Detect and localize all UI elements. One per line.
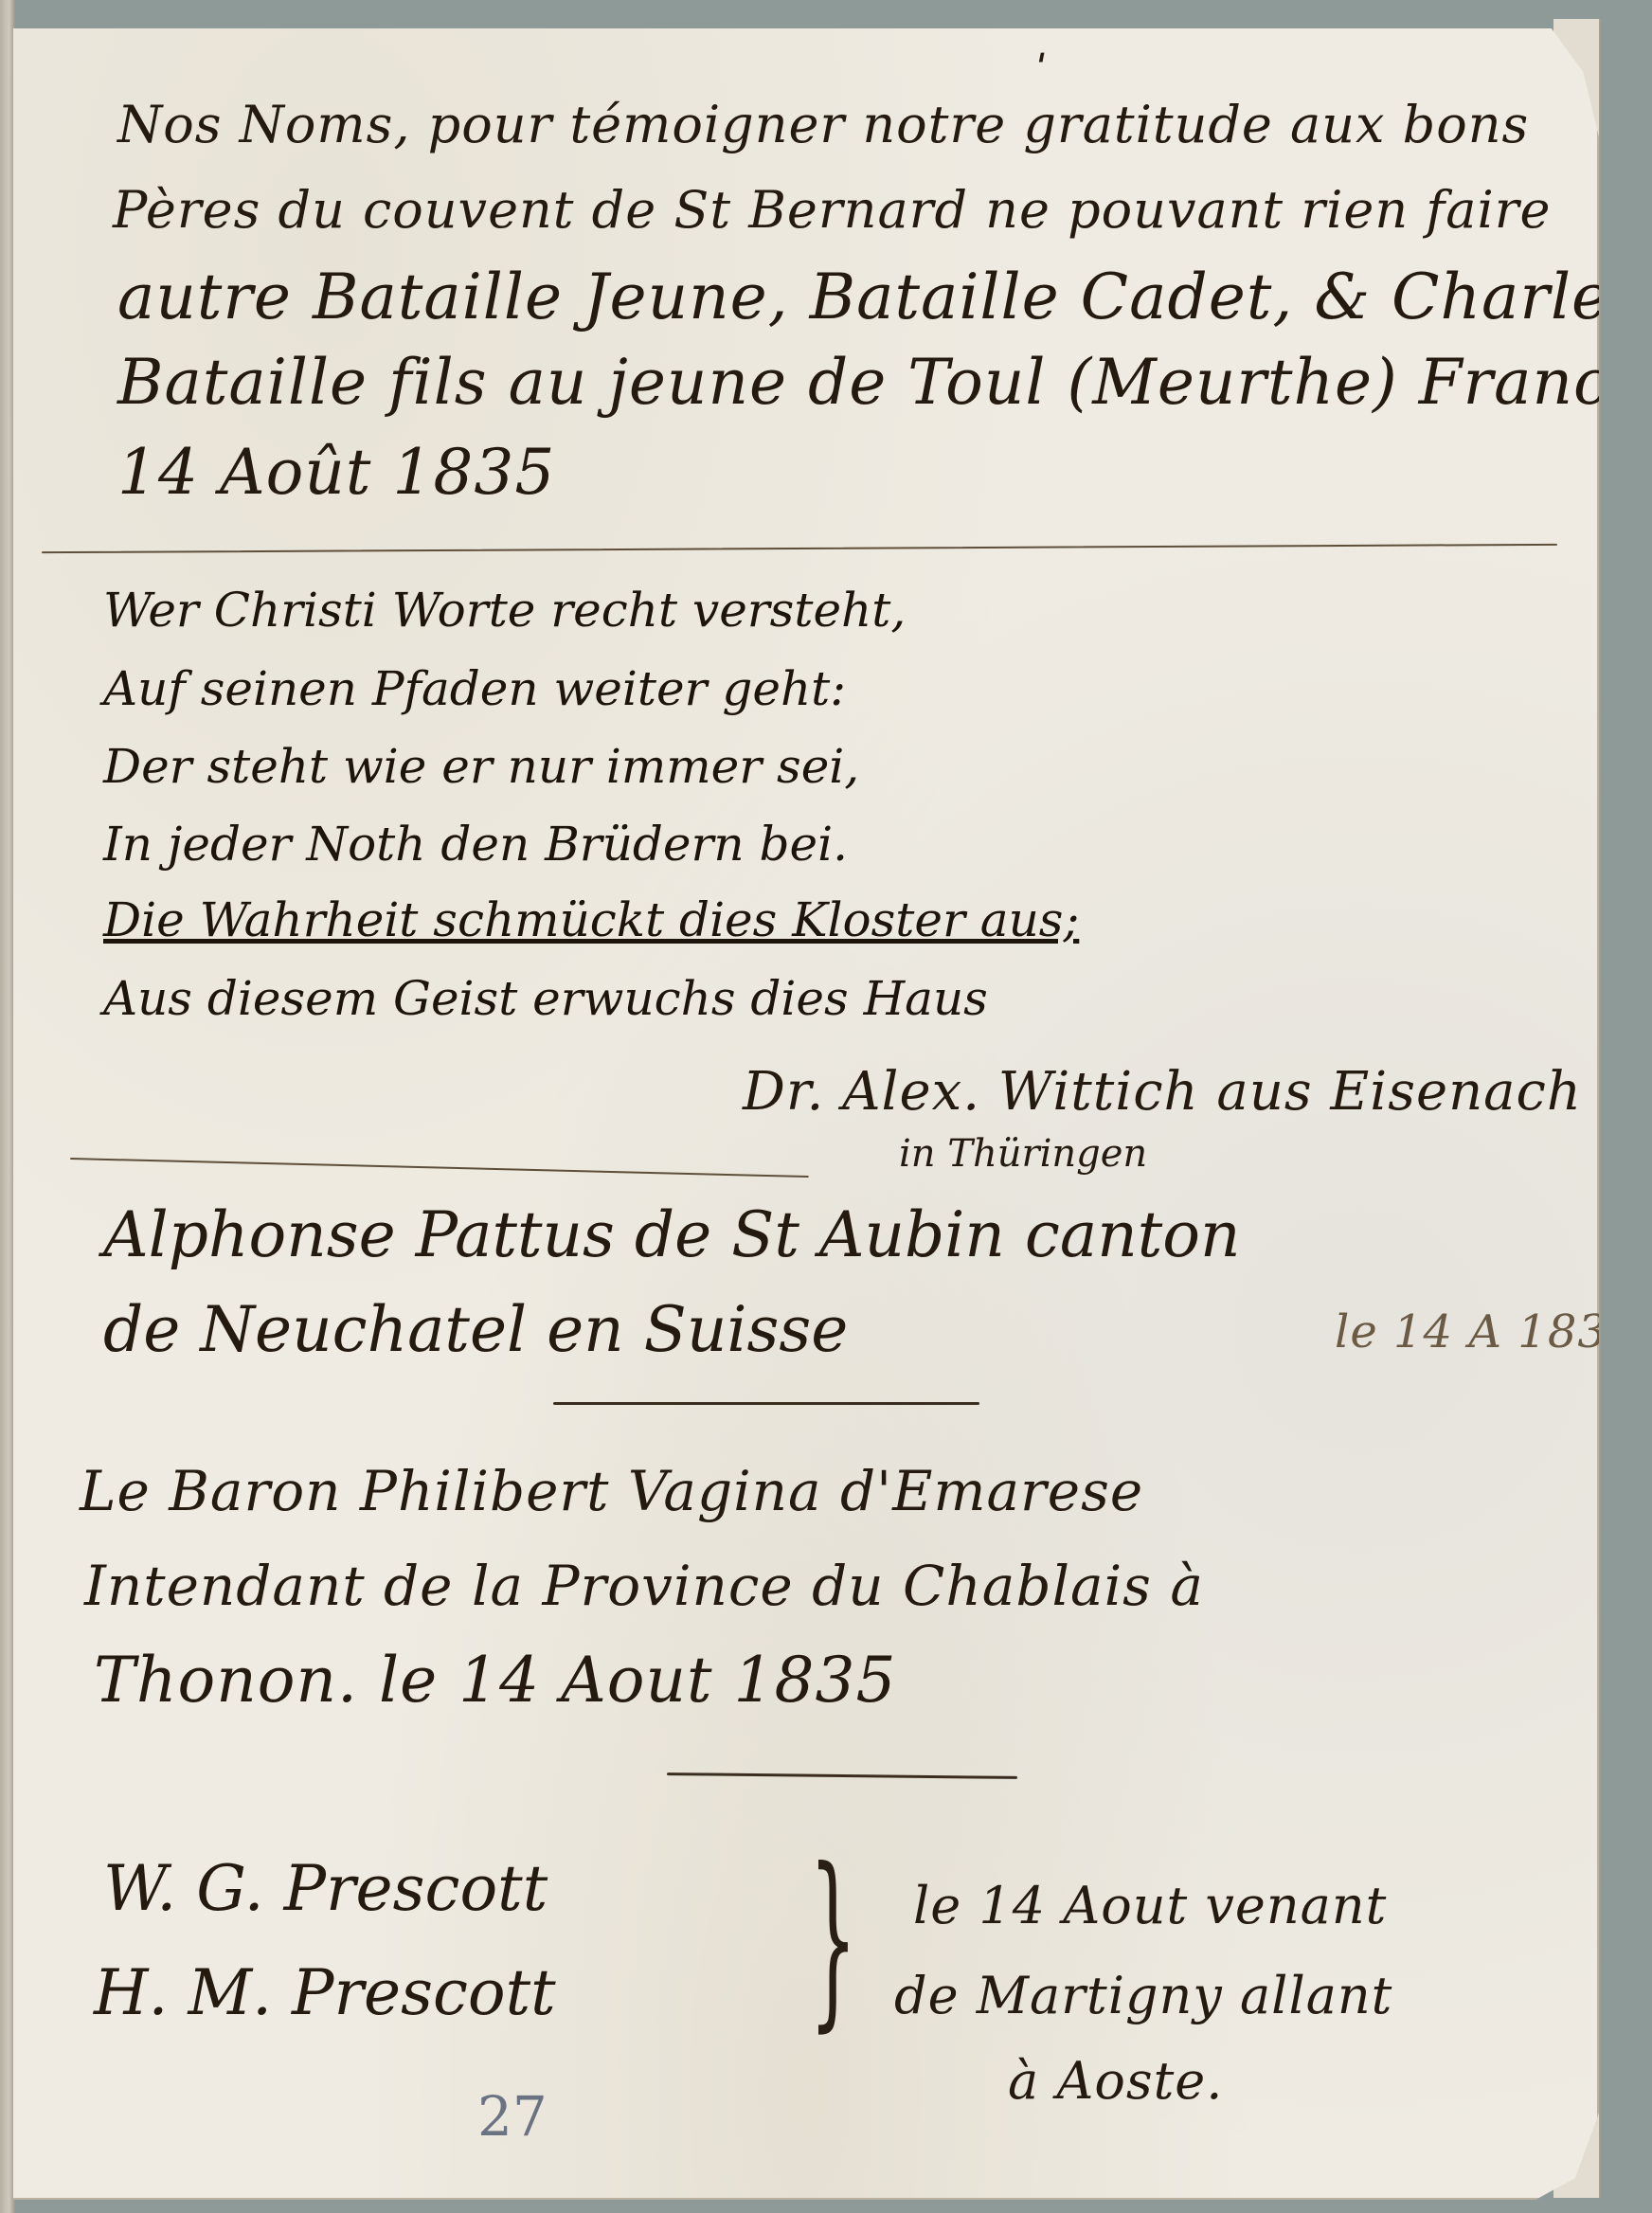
verse-line: In jeder Noth den Brüdern bei. [103,817,848,872]
book-binding [0,0,15,2213]
divider [553,1402,979,1405]
entry-line: de Neuchatel en Suisse [103,1293,848,1366]
verse-line: Auf seinen Pfaden weiter geht: [103,661,846,716]
entry-line: Le Baron Philibert Vagina d'Emarese [80,1459,1143,1523]
entry-line: Alphonse Pattus de St Aubin canton [103,1198,1240,1271]
divider [70,1158,809,1178]
entry-line: Bataille fils au jeune de Toul (Meurthe)… [117,346,1647,419]
entry-date: le 14 A 1835 [1335,1305,1637,1358]
divider [667,1772,1017,1779]
verse-line: Aus diesem Geist erwuchs dies Haus [103,971,988,1026]
note-line: à Aoste. [1008,2051,1223,2111]
ink-mark: ˈ [1036,47,1048,91]
note-line: le 14 Aout venant [913,1876,1387,1935]
manuscript-page: ˈ Nos Noms, pour témoigner notre gratitu… [13,28,1599,2200]
signature: W. G. Prescott [103,1852,548,1925]
signature: H. M. Prescott [94,1956,556,2029]
entry-date: 14 Août 1835 [117,436,555,509]
verse-line: Der steht wie er nur immer sei, [103,739,859,794]
verse-line: Wer Christi Worte recht versteht, [103,583,906,638]
divider [42,544,1557,553]
entry-line: Intendant de la Province du Chablais à [84,1554,1204,1618]
brace: } [809,1828,857,2049]
page-number: 27 [477,2084,548,2149]
verse-line: Die Wahrheit schmückt dies Kloster aus; [103,892,1079,947]
entry-line: Pères du couvent de St Bernard ne pouvan… [113,180,1552,240]
entry-line: autre Bataille Jeune, Bataille Cadet, & … [117,261,1643,333]
note-line: de Martigny allant [894,1966,1392,2025]
entry-line: Nos Noms, pour témoigner notre gratitude… [117,95,1529,154]
entry-line: Thonon. le 14 Aout 1835 [94,1644,896,1717]
signature-note: in Thüringen [899,1132,1147,1176]
signature: Dr. Alex. Wittich aus Eisenach [743,1061,1582,1123]
